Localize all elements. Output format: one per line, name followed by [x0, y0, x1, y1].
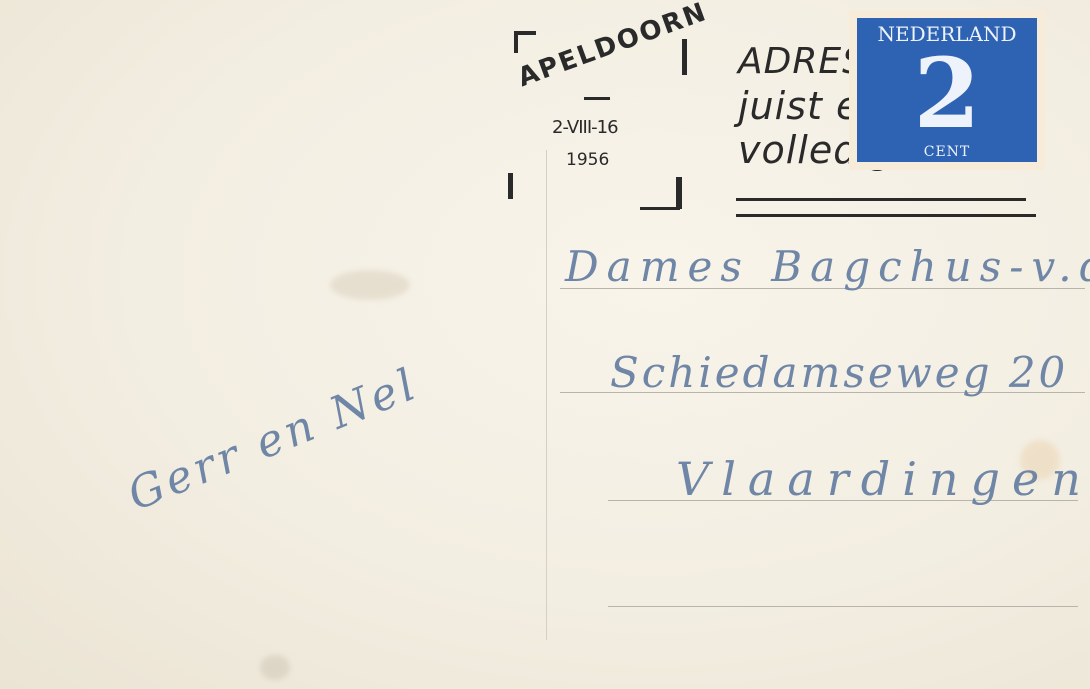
address-line-4 [608, 606, 1078, 607]
card-divider-line [546, 150, 547, 640]
postmark-date: 2-VIII-16 [552, 117, 618, 138]
paper-stain [260, 655, 290, 680]
postmark-dash [584, 97, 610, 100]
slogan-underline [736, 198, 1026, 201]
postmark-bracket [676, 177, 682, 209]
stamp-unit: CENT [857, 144, 1037, 160]
address-street: Schiedamseweg 20 [610, 348, 1068, 397]
stamp-value: 2 [857, 46, 1037, 142]
postmark-bracket [514, 31, 518, 53]
postage-stamp: NEDERLAND 2 CENT [849, 10, 1045, 170]
address-name: Dames Bagchus-v.d.Valk [565, 242, 1090, 291]
address-city: Vlaardingen [676, 452, 1090, 506]
postcard-back: APELDOORN 2-VIII-16 1956 ADRESSEER juist… [0, 0, 1090, 689]
paper-stain [330, 270, 410, 300]
postmark-bracket [640, 207, 680, 210]
postmark-bracket [682, 39, 687, 75]
message-signature: Gerr en Nel [121, 358, 426, 521]
stamp-face: NEDERLAND 2 CENT [857, 18, 1037, 162]
postmark-bracket [508, 173, 513, 199]
postmark-year: 1956 [566, 150, 609, 170]
postmark-cancel: APELDOORN 2-VIII-16 1956 [500, 25, 700, 215]
slogan-underline [736, 214, 1036, 217]
